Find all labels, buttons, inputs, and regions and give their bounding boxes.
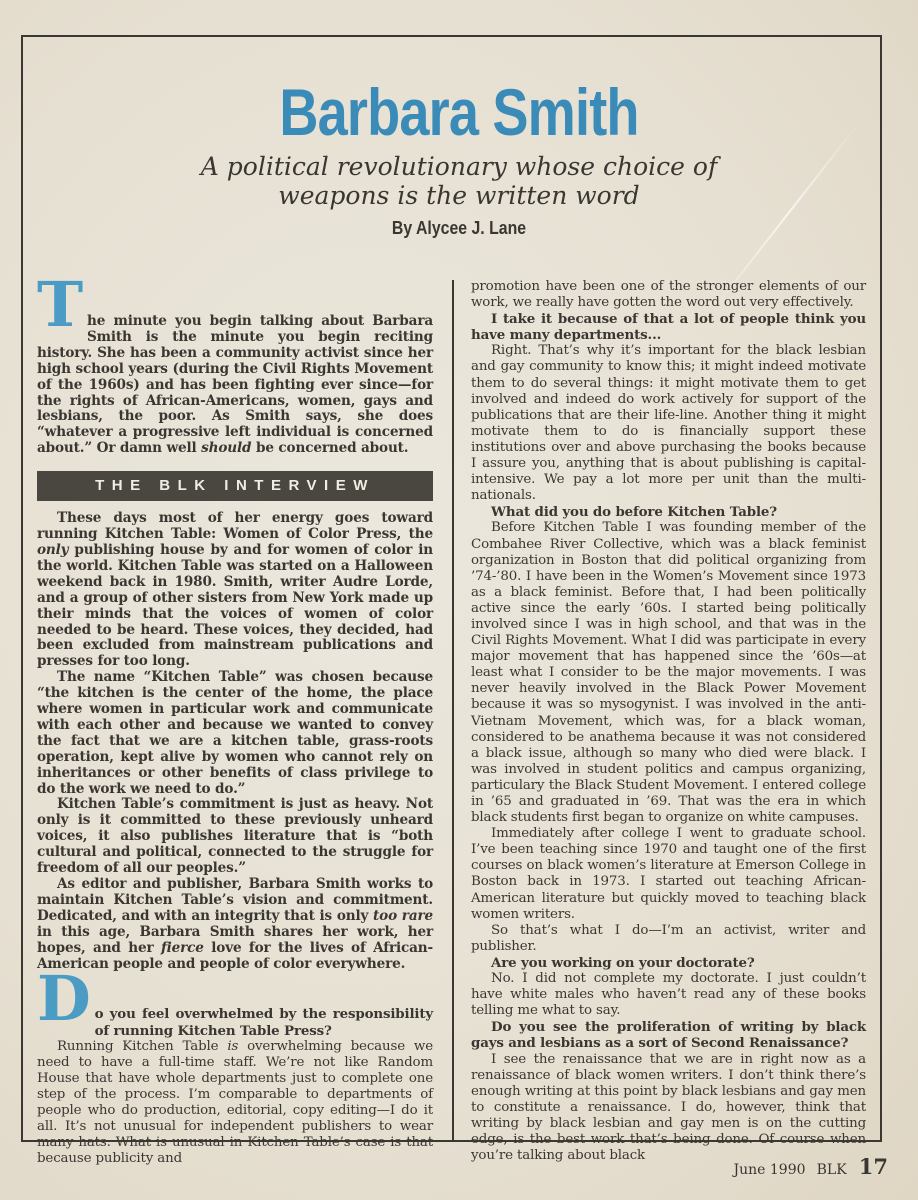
article-subtitle: A political revolutionary whose choice o… bbox=[0, 152, 918, 210]
question-text: o you feel overwhelmed by the responsibi… bbox=[95, 1006, 433, 1038]
drop-cap-d: D bbox=[37, 974, 91, 1026]
issue-date: June 1990 bbox=[734, 1162, 806, 1178]
intro-body-paragraph-3: Kitchen Table’s commitment is just as he… bbox=[37, 797, 433, 877]
page-number: 17 bbox=[859, 1154, 888, 1179]
interview-answer-3: Before Kitchen Table I was founding memb… bbox=[471, 520, 866, 826]
text: These days most of her energy goes towar… bbox=[37, 510, 433, 542]
emphasis: too rare bbox=[373, 908, 433, 924]
right-column: promotion have been one of the stronger … bbox=[471, 279, 866, 1164]
intro-paragraph: The minute you begin talking about Barba… bbox=[37, 280, 433, 457]
interview-question-1: Do you feel overwhelmed by the responsib… bbox=[37, 972, 433, 1038]
subtitle-line-1: A political revolutionary whose choice o… bbox=[0, 152, 918, 181]
interview-answer-1: Running Kitchen Table is overwhelming be… bbox=[37, 1039, 433, 1168]
page-footer: June 1990 BLK 17 bbox=[734, 1154, 888, 1179]
interview-question-3: What did you do before Kitchen Table? bbox=[471, 504, 866, 520]
article-title: Barbara Smith bbox=[83, 72, 836, 152]
interview-question-2: I take it because of that a lot of peopl… bbox=[471, 311, 866, 343]
byline: By Alycee J. Lane bbox=[55, 218, 863, 239]
interview-answer-3-part-2: Immediately after college I went to grad… bbox=[471, 826, 866, 923]
drop-cap-t: T bbox=[37, 280, 83, 332]
dropcap-offset bbox=[37, 280, 433, 314]
emphasis: fierce bbox=[161, 940, 204, 956]
interview-banner: THE BLK INTERVIEW bbox=[37, 471, 433, 501]
intro-emphasis: should bbox=[201, 440, 251, 456]
intro-body-paragraph-2: The name “Kitchen Table” was chosen beca… bbox=[37, 670, 433, 797]
left-column: The minute you begin talking about Barba… bbox=[37, 280, 433, 1167]
emphasis: only bbox=[37, 542, 68, 558]
subtitle-line-2: weapons is the written word bbox=[0, 181, 918, 210]
intro-body-paragraph-1: These days most of her energy goes towar… bbox=[37, 511, 433, 670]
text: Running Kitchen Table bbox=[57, 1039, 227, 1054]
interview-answer-5: I see the renaissance that we are in rig… bbox=[471, 1052, 866, 1165]
text: overwhelming because we need to have a f… bbox=[37, 1039, 433, 1167]
interview-question-5: Do you see the proliferation of writing … bbox=[471, 1019, 866, 1051]
emphasis: is bbox=[227, 1039, 238, 1054]
intro-body-paragraph-4: As editor and publisher, Barbara Smith w… bbox=[37, 877, 433, 972]
interview-answer-4: No. I did not complete my doctorate. I j… bbox=[471, 971, 866, 1019]
interview-answer-3-part-3: So that’s what I do—I’m an activist, wri… bbox=[471, 923, 866, 955]
dropcap-offset bbox=[37, 972, 433, 1006]
interview-answer-1-continued: promotion have been one of the stronger … bbox=[471, 279, 866, 311]
text: publishing house by and for women of col… bbox=[37, 542, 433, 669]
intro-text-end: be concerned about. bbox=[251, 440, 408, 456]
column-divider bbox=[452, 280, 454, 1142]
publication-name: BLK bbox=[817, 1162, 847, 1178]
interview-answer-2: Right. That’s why it’s important for the… bbox=[471, 343, 866, 504]
intro-text: he minute you begin talking about Barbar… bbox=[37, 313, 433, 456]
interview-question-4: Are you working on your doctorate? bbox=[471, 955, 866, 971]
